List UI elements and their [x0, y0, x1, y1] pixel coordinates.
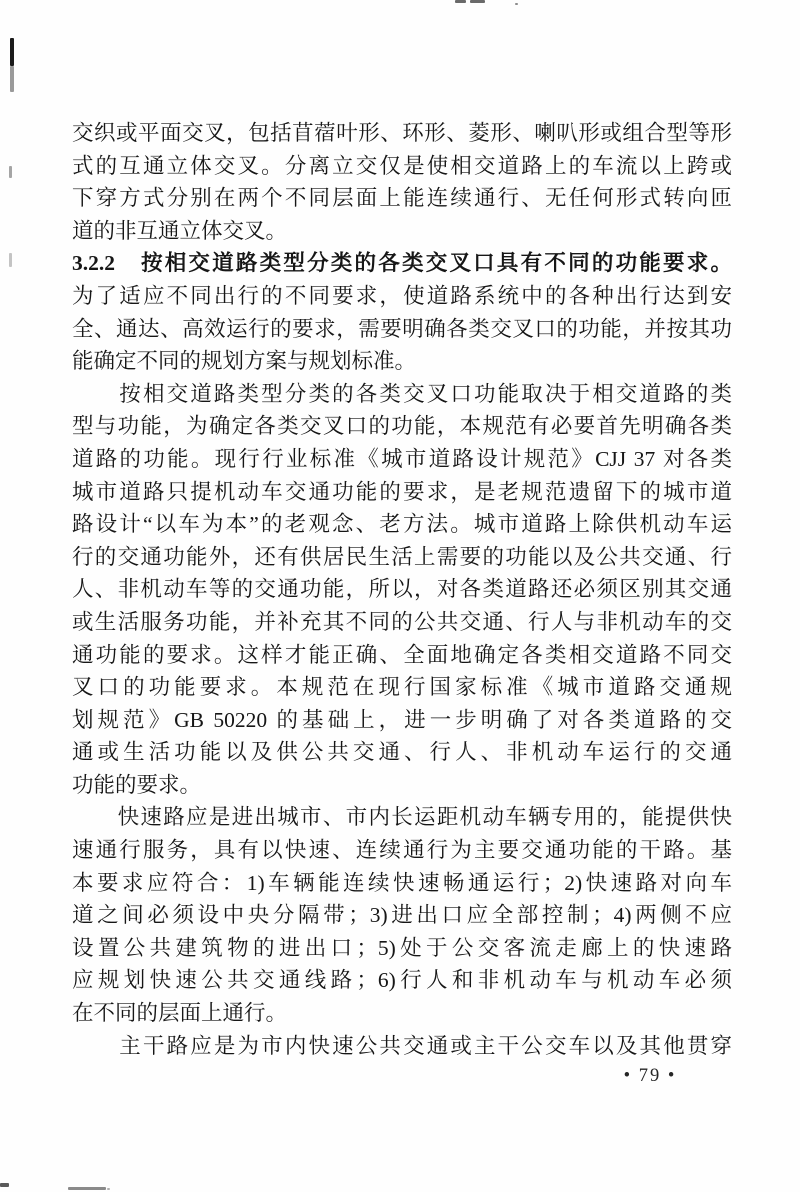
- text-block: 交织或平面交叉，包括苜蓿叶形、环形、菱形、喇叭形或组合型等形 式的互通立体交叉。…: [72, 117, 732, 1062]
- text-line: 全、通达、高效运行的要求，需要明确各类交叉口的功能，并按其功: [72, 313, 732, 346]
- text-line: 或生活服务功能，并补充其不同的公共交通、行人与非机动车的交: [72, 606, 732, 639]
- text-line: 路设计“以车为本”的老观念、老方法。城市道路上除供机动车运: [72, 508, 732, 541]
- text-line: 在不同的层面上通行。: [72, 997, 732, 1030]
- text-line: 交织或平面交叉，包括苜蓿叶形、环形、菱形、喇叭形或组合型等形: [72, 117, 732, 150]
- text-line: 主干路应是为市内快速公共交通或主干公交车以及其他贯穿: [72, 1030, 732, 1063]
- text-line: 道路的功能。现行行业标准《城市道路设计规范》CJJ 37 对各类: [72, 443, 732, 476]
- text-line: 按相交道路类型分类的各类交叉口功能取决于相交道路的类: [72, 378, 732, 411]
- scan-artifact-left-bar-dark: [10, 38, 14, 66]
- text-line: 人、非机动车等的交通功能，所以，对各类道路还必须区别其交通: [72, 573, 732, 606]
- text-line: 应规划快速公共交通线路；6)行人和非机动车与机动车必须: [72, 964, 732, 997]
- text-line: 通功能的要求。这样才能正确、全面地确定各类相交道路不同交: [72, 639, 732, 672]
- text-line: 为了适应不同出行的不同要求，使道路系统中的各种出行达到安: [72, 280, 732, 313]
- clause-3-2-2-heading-line: 3.2.2 按相交道路类型分类的各类交叉口具有不同的功能要求。: [72, 247, 732, 280]
- text-line: 叉口的功能要求。本规范在现行国家标准《城市道路交通规: [72, 671, 732, 704]
- text-line: 道之间必须设中央分隔带；3)进出口应全部控制；4)两侧不应: [72, 899, 732, 932]
- text-line: 速通行服务，具有以快速、连续通行为主要交通功能的干路。基: [72, 834, 732, 867]
- scan-artifact-left-tick: [9, 166, 12, 178]
- scan-artifact-left-bar-gray: [10, 66, 14, 92]
- scan-artifact-top-dash: [455, 0, 466, 3]
- scan-artifact-bottom-dash: [68, 1187, 106, 1190]
- text-line: 通或生活功能以及供公共交通、行人、非机动车运行的交通: [72, 736, 732, 769]
- text-line: 行的交通功能外，还有供居民生活上需要的功能以及公共交通、行: [72, 541, 732, 574]
- text-line: 本要求应符合：1)车辆能连续快速畅通运行；2)快速路对向车: [72, 867, 732, 900]
- scan-artifact-top-dot: [515, 3, 518, 5]
- text-line: 式的互通立体交叉。分离立交仅是使相交道路上的车流以上跨或: [72, 150, 732, 183]
- text-line: 能确定不同的规划方案与规划标准。: [72, 345, 732, 378]
- page-number: • 79 •: [600, 1066, 700, 1087]
- scan-artifact-left-tick: [9, 253, 12, 267]
- text-line: 快速路应是进出城市、市内长运距机动车辆专用的，能提供快: [72, 801, 732, 834]
- scan-artifact-top-dash: [470, 0, 485, 3]
- text-line: 下穿方式分别在两个不同层面上能连续通行、无任何形式转向匝: [72, 182, 732, 215]
- text-line: 道的非互通立体交叉。: [72, 215, 732, 248]
- text-line: 设置公共建筑物的进出口；5)处于公交客流走廊上的快速路: [72, 932, 732, 965]
- text-line: 功能的要求。: [72, 769, 732, 802]
- text-line: 型与功能，为确定各类交叉口的功能，本规范有必要首先明确各类: [72, 410, 732, 443]
- scan-artifact-bottom-dot: [107, 1188, 110, 1190]
- scanned-document-page: 交织或平面交叉，包括苜蓿叶形、环形、菱形、喇叭形或组合型等形 式的互通立体交叉。…: [0, 0, 800, 1192]
- scan-artifact-bottom-dash: [0, 1183, 9, 1187]
- text-line: 划规范》GB 50220 的基础上，进一步明确了对各类道路的交: [72, 704, 732, 737]
- text-line: 城市道路只提机动车交通功能的要求，是老规范遗留下的城市道: [72, 476, 732, 509]
